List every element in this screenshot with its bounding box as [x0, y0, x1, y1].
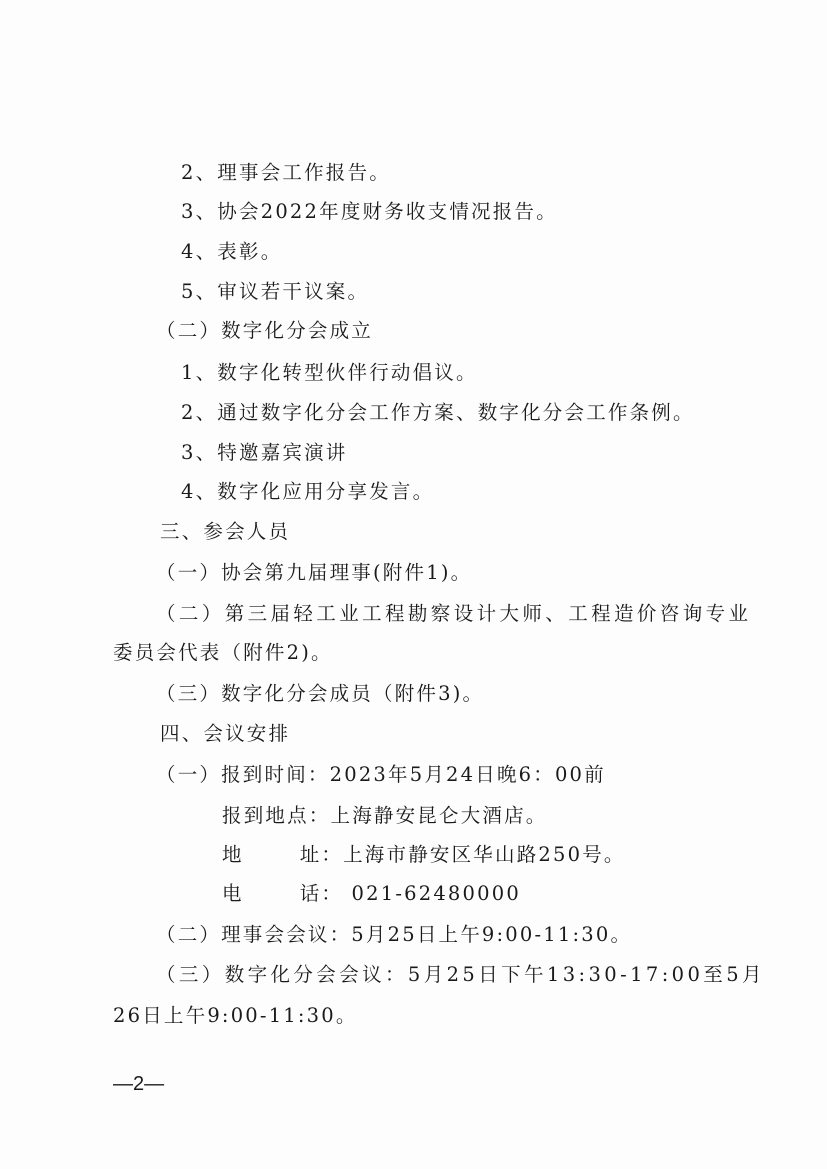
- agenda-item-sharing: 4、数字化应用分享发言。: [181, 479, 434, 505]
- section-heading-attendees: 三、参会人员: [160, 519, 290, 545]
- checkin-time: （一）报到时间：2023年5月24日晚6：00前: [156, 762, 606, 788]
- digital-branch-meeting-time-cont: 26日上午9:00-11:30。: [113, 1003, 358, 1029]
- address-line: 地址：上海市静安区华山路250号。: [222, 842, 626, 868]
- subsection-heading-digital-branch: （二）数字化分会成立: [156, 318, 373, 344]
- agenda-item-partner-initiative: 1、数字化转型伙伴行动倡议。: [181, 360, 478, 386]
- attendee-group-digital-members: （三）数字化分会成员（附件3)。: [156, 681, 484, 707]
- attendee-group-directors: （一）协会第九届理事(附件1)。: [156, 560, 472, 586]
- page-number: —2—: [113, 1073, 164, 1096]
- attendee-group-masters: （二）第三届轻工业工程勘察设计大师、工程造价咨询专业: [156, 601, 751, 627]
- digital-branch-meeting-time: （三）数字化分会会议：5月25日下午13:30-17:00至5月: [156, 962, 765, 988]
- address-label-b: 址：: [300, 843, 343, 866]
- document-page: 2、理事会工作报告。 3、协会2022年度财务收支情况报告。 4、表彰。 5、审…: [0, 0, 827, 1169]
- agenda-item-guest-speech: 3、特邀嘉宾演讲: [181, 440, 348, 466]
- agenda-item-finance-report: 3、协会2022年度财务收支情况报告。: [181, 199, 558, 225]
- agenda-item-commendation: 4、表彰。: [181, 239, 282, 265]
- phone-label-a: 电: [222, 882, 244, 905]
- checkin-location: 报到地点：上海静安昆仑大酒店。: [222, 803, 548, 829]
- phone-value: 021-62480000: [343, 882, 521, 905]
- address-label-a: 地: [222, 843, 244, 866]
- agenda-item-motions: 5、审议若干议案。: [181, 279, 369, 305]
- address-value: 上海市静安区华山路250号。: [343, 843, 626, 866]
- agenda-item-board-report: 2、理事会工作报告。: [181, 160, 391, 186]
- section-heading-arrangements: 四、会议安排: [160, 721, 290, 747]
- board-meeting-time: （二）理事会会议：5月25日上午9:00-11:30。: [156, 922, 632, 948]
- phone-line: 电话： 021-62480000: [222, 881, 521, 907]
- agenda-item-work-plan: 2、通过数字化分会工作方案、数字化分会工作条例。: [181, 400, 695, 426]
- phone-label-b: 话：: [300, 882, 343, 905]
- attendee-group-masters-cont: 委员会代表（附件2)。: [113, 640, 333, 666]
